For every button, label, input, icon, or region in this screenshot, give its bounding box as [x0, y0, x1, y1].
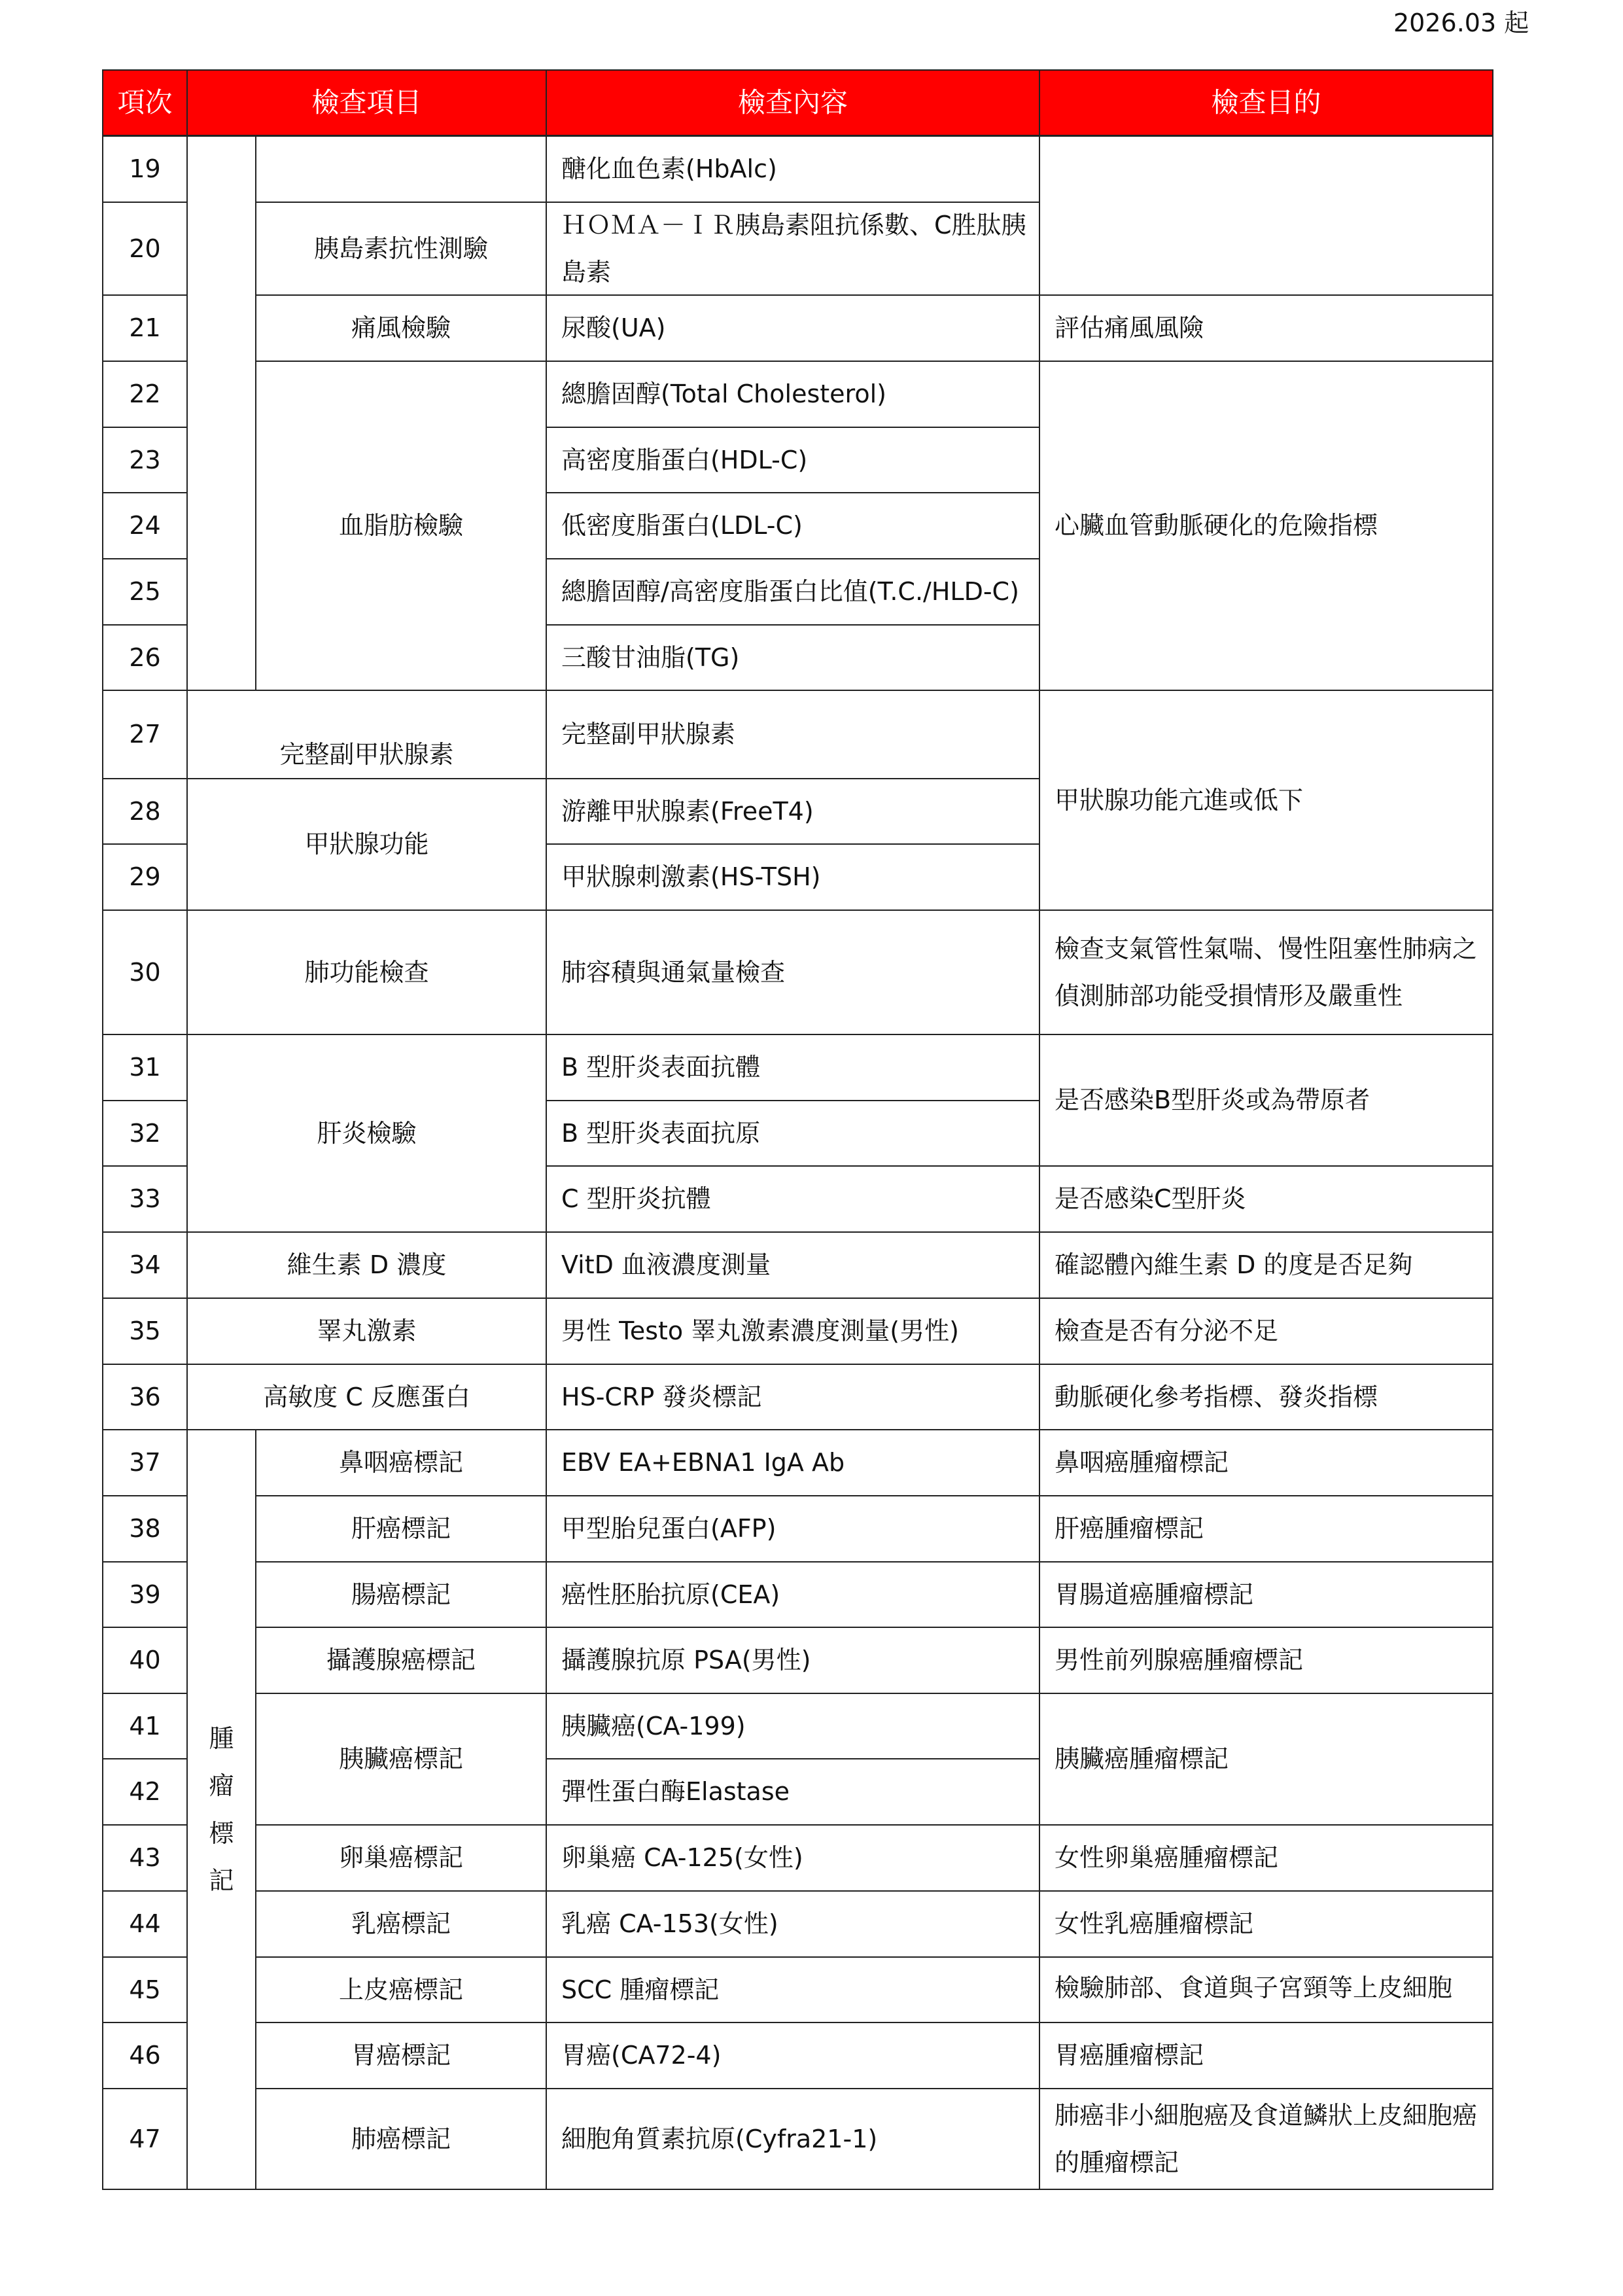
content-cell: 甲型胎兒蛋白(AFP): [546, 1495, 1040, 1563]
purpose-cell: 評估痛風風險: [1039, 294, 1493, 362]
group-cell-metabolic: [186, 135, 256, 691]
item-cell: 上皮癌標記: [255, 1956, 547, 2023]
item-cell: 肺功能檢查: [186, 910, 547, 1035]
content-cell: 甲狀腺刺激素(HS-TSH): [546, 843, 1040, 911]
item-cell: 胰島素抗性測驗: [255, 202, 547, 296]
purpose-cell-lipid: 心臟血管動脈硬化的危險指標: [1039, 361, 1493, 691]
row-no: 41: [102, 1693, 188, 1759]
header-no: 項次: [102, 69, 188, 136]
purpose-cell: 是否感染C型肝炎: [1039, 1165, 1493, 1233]
header-item: 檢查項目: [186, 69, 547, 136]
item-cell: 完整副甲狀腺素: [186, 690, 547, 779]
row-no: 43: [102, 1824, 188, 1892]
purpose-cell: 肺癌非小細胞癌及食道鱗狀上皮細胞癌的腫瘤標記: [1039, 2088, 1493, 2190]
row-no: 28: [102, 778, 188, 845]
purpose-cell: 男性前列腺癌腫瘤標記: [1039, 1627, 1493, 1694]
row-no: 25: [102, 558, 188, 626]
purpose-cell-thyroid: 甲狀腺功能亢進或低下: [1039, 690, 1493, 911]
content-cell: 肺容積與通氣量檢查: [546, 910, 1040, 1035]
row-no: 21: [102, 294, 188, 362]
purpose-cell: 動脈硬化參考指標、發炎指標: [1039, 1364, 1493, 1430]
item-cell: 攝護腺癌標記: [255, 1627, 547, 1694]
row-no: 45: [102, 1956, 188, 2023]
tumor-group-char: 標: [209, 1810, 234, 1857]
row-no: 46: [102, 2022, 188, 2089]
content-cell: 乳癌 CA-153(女性): [546, 1890, 1040, 1958]
row-no: 23: [102, 427, 188, 493]
item-cell: 高敏度 C 反應蛋白: [186, 1364, 547, 1430]
row-no: 19: [102, 135, 188, 203]
content-cell: VitD 血液濃度測量: [546, 1231, 1040, 1299]
item-cell-hepatitis: 肝炎檢驗: [186, 1034, 547, 1233]
header-content: 檢查內容: [546, 69, 1040, 136]
row-no: 35: [102, 1298, 188, 1365]
row-no: 38: [102, 1495, 188, 1563]
group-cell-tumor-markers: 腫 瘤 標 記: [186, 1429, 256, 2190]
effective-date: 2026.03 起: [1393, 3, 1529, 39]
row-no: 30: [102, 910, 188, 1035]
item-cell: 胃癌標記: [255, 2022, 547, 2089]
item-cell: 乳癌標記: [255, 1890, 547, 1958]
item-cell: 腸癌標記: [255, 1561, 547, 1628]
content-cell: 總膽固醇/高密度脂蛋白比值(T.C./HLD-C): [546, 558, 1040, 626]
purpose-cell-hepatitis-b: 是否感染B型肝炎或為帶原者: [1039, 1034, 1493, 1167]
item-cell: 睪丸激素: [186, 1298, 547, 1365]
item-cell: 肺癌標記: [255, 2088, 547, 2190]
row-no: 44: [102, 1890, 188, 1958]
purpose-cell: 鼻咽癌腫瘤標記: [1039, 1429, 1493, 1496]
row-no: 20: [102, 202, 188, 296]
item-cell-lipid: 血脂肪檢驗: [255, 361, 547, 691]
content-cell: ＨＯＭＡ－ＩＲ胰島素阻抗係數、C胜肽胰島素: [546, 202, 1040, 296]
purpose-cell-empty: [1039, 135, 1493, 296]
purpose-cell: 確認體內維生素 D 的度是否足夠: [1039, 1231, 1493, 1299]
row-no: 34: [102, 1231, 188, 1299]
item-cell: 肝癌標記: [255, 1495, 547, 1563]
row-no: 32: [102, 1100, 188, 1167]
row-no: 22: [102, 361, 188, 428]
content-cell: 卵巢癌 CA-125(女性): [546, 1824, 1040, 1892]
content-cell: 高密度脂蛋白(HDL-C): [546, 427, 1040, 493]
content-cell: 尿酸(UA): [546, 294, 1040, 362]
row-no: 40: [102, 1627, 188, 1694]
content-cell: 游離甲狀腺素(FreeT4): [546, 778, 1040, 845]
purpose-cell: 檢查支氣管性氣喘、慢性阻塞性肺病之偵測肺部功能受損情形及嚴重性: [1039, 910, 1493, 1035]
row-no: 31: [102, 1034, 188, 1101]
content-cell: 細胞角質素抗原(Cyfra21-1): [546, 2088, 1040, 2190]
purpose-cell: 檢驗肺部、食道與子宮頸等上皮細胞癌、: [1039, 1956, 1493, 2023]
content-cell: 醣化血色素(HbAlc): [546, 135, 1040, 203]
content-cell: 攝護腺抗原 PSA(男性): [546, 1627, 1040, 1694]
content-cell: 完整副甲狀腺素: [546, 690, 1040, 779]
purpose-cell: 胃腸道癌腫瘤標記: [1039, 1561, 1493, 1628]
header-purpose: 檢查目的: [1039, 69, 1493, 136]
content-cell: B 型肝炎表面抗體: [546, 1034, 1040, 1101]
row-no: 33: [102, 1165, 188, 1233]
row-no: 47: [102, 2088, 188, 2190]
content-cell: 三酸甘油脂(TG): [546, 624, 1040, 691]
content-cell: 胰臟癌(CA-199): [546, 1693, 1040, 1759]
content-cell: 胃癌(CA72-4): [546, 2022, 1040, 2089]
purpose-cell: 女性卵巢癌腫瘤標記: [1039, 1824, 1493, 1892]
item-cell: 卵巢癌標記: [255, 1824, 547, 1892]
purpose-cell: 胃癌腫瘤標記: [1039, 2022, 1493, 2089]
row-no: 42: [102, 1758, 188, 1826]
content-cell: EBV EA+EBNA1 IgA Ab: [546, 1429, 1040, 1496]
item-cell-empty: [255, 135, 547, 203]
item-cell: 維生素 D 濃度: [186, 1231, 547, 1299]
row-no: 39: [102, 1561, 188, 1628]
row-no: 24: [102, 492, 188, 559]
purpose-cell: 女性乳癌腫瘤標記: [1039, 1890, 1493, 1958]
row-no: 29: [102, 843, 188, 911]
tumor-group-char: 腫: [209, 1715, 234, 1762]
content-cell: C 型肝炎抗體: [546, 1165, 1040, 1233]
tumor-group-char: 記: [209, 1857, 234, 1904]
content-cell: 癌性胚胎抗原(CEA): [546, 1561, 1040, 1628]
content-cell: 低密度脂蛋白(LDL-C): [546, 492, 1040, 559]
row-no: 36: [102, 1364, 188, 1430]
content-cell: SCC 腫瘤標記: [546, 1956, 1040, 2023]
content-cell: HS-CRP 發炎標記: [546, 1364, 1040, 1430]
purpose-cell: 檢查是否有分泌不足: [1039, 1298, 1493, 1365]
item-cell: 痛風檢驗: [255, 294, 547, 362]
content-cell: 男性 Testo 睪丸激素濃度測量(男性): [546, 1298, 1040, 1365]
content-cell: 彈性蛋白酶Elastase: [546, 1758, 1040, 1826]
row-no: 37: [102, 1429, 188, 1496]
purpose-cell-pancreas: 胰臟癌腫瘤標記: [1039, 1693, 1493, 1826]
item-cell: 鼻咽癌標記: [255, 1429, 547, 1496]
tumor-group-char: 瘤: [209, 1762, 234, 1809]
row-no: 26: [102, 624, 188, 691]
content-cell: 總膽固醇(Total Cholesterol): [546, 361, 1040, 428]
content-cell: B 型肝炎表面抗原: [546, 1100, 1040, 1167]
item-cell-thyroid: 甲狀腺功能: [186, 778, 547, 911]
row-no: 27: [102, 690, 188, 779]
item-cell-pancreas: 胰臟癌標記: [255, 1693, 547, 1826]
purpose-cell: 肝癌腫瘤標記: [1039, 1495, 1493, 1563]
